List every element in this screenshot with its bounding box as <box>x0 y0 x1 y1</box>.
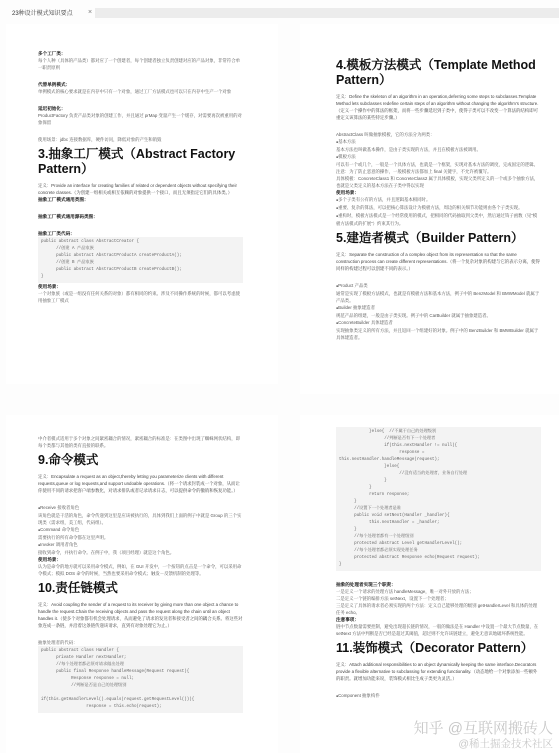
bullet-item: 模板方法 <box>336 153 541 161</box>
bullet-item: Product 产品类 <box>336 282 541 290</box>
code-block: }else{ //不属于自己的处理级别 //判断是否有下一个处理者 if(thi… <box>336 427 541 571</box>
definition-paragraph: 定义：Attach additional responsibilities to… <box>336 661 541 682</box>
paragraph: 规范产品的组建，一般是由子类实现。例子中的 CarBuilder 就属于抽象建造… <box>336 312 541 319</box>
spacer <box>38 494 243 504</box>
section-heading: 3.抽象工厂模式（Abstract Factory Pattern） <box>38 147 243 177</box>
definition-paragraph: 定义：Encapsulate a request as an object,th… <box>38 473 243 494</box>
definition-paragraph: 定义：Separate the construction of a comple… <box>336 251 541 272</box>
paragraph: 链中节点数量需要控制，避免出现超长链的情况，一般的做法是在 Handler 中设… <box>336 623 541 637</box>
subheading: 抽象的处理者实现三个职责： <box>336 581 541 588</box>
document-page-top-right: 4.模板方法模式（Template Method Pattern）定义：Defi… <box>300 24 559 394</box>
tab-title[interactable]: 23种设计模式知识要点 <box>12 8 74 17</box>
page-column: 中介者模式适用于多个对象之间紧密耦合的情况，紧密耦合的标准是：在类图中出现了蜘蛛… <box>38 435 243 713</box>
page-column: 多个工厂类：每个人种（具体的产品类）都对应了一个创建者，每个创建者独立负责创建对… <box>38 50 243 304</box>
paragraph: 通常是实现了模板方法模式，也就是有模板方法和基本方法，例子中的 BenzMode… <box>336 290 541 304</box>
document-page-bottom-right: }else{ //不属于自己的处理级别 //判断是否有下一个处理者 if(thi… <box>300 415 559 753</box>
spacer <box>38 629 243 639</box>
paragraph: 二是定义一个链的编排方法 setNext，设置下一个处理者； <box>336 595 541 602</box>
spacer <box>336 121 541 131</box>
paragraph: 该角色就是干活的角色，命令传递到这里是应该被执行的，具体到我们上面的例子中就是 … <box>38 512 243 526</box>
paragraph: 每个人种（具体的产品类）都对应了一个创建者，每个创建者独立负责创建对应的产品对象… <box>38 57 243 71</box>
spacer <box>38 203 243 213</box>
spacer <box>336 272 541 282</box>
browser-tab[interactable]: 23种设计模式知识要点 × + <box>12 5 103 19</box>
subheading: 代替单例模式： <box>38 81 243 88</box>
document-page-bottom-left: 中介者模式适用于多个对象之间紧密耦合的情况，紧密耦合的标准是：在类图中出现了蜘蛛… <box>6 415 278 753</box>
spacer <box>38 71 243 81</box>
paragraph: 三是定义了具体的请求者必须实现的两个方法：定义自己能够处理的级别 getHand… <box>336 602 541 616</box>
paragraph: ProductFactory 负责产品类对象的创建工作，并且通过 prMap 变… <box>38 112 243 126</box>
definition-paragraph: 定义：Provide an interface for creating fam… <box>38 182 243 196</box>
spacer <box>38 95 243 105</box>
bullet-item: Receive 接收者角色 <box>38 504 243 512</box>
bullet-item: Builder 抽象建造者 <box>336 304 541 312</box>
definition-paragraph: 定义：Define the skeleton of an algorithm i… <box>336 93 541 121</box>
paragraph: AbstractClass 叫做抽象模板，它的方法分为两类： <box>336 131 541 138</box>
section-heading: 4.模板方法模式（Template Method Pattern） <box>336 58 541 88</box>
paragraph: 抽象处理者的代码： <box>38 639 243 646</box>
subheading: 使用场景： <box>38 283 243 290</box>
bullet-item: 多个子类有公有的方法，并且逻辑基本相同时。 <box>336 196 541 204</box>
document-page-top-left: 多个工厂类：每个人种（具体的产品类）都对应了一个创建者，每个创建者独立负责创建对… <box>6 24 278 384</box>
spacer <box>38 126 243 136</box>
paragraph: 基本方法也叫做基本操作，是由子类实现的方法，并且在模板方法被调用。 <box>336 146 541 153</box>
code-block: public abstract class Handler { private … <box>38 646 243 713</box>
close-icon[interactable]: × <box>88 9 92 16</box>
paragraph: 单例模式的核心要求就是在内存中只有一个对象，通过工厂方法模式也可以只在内存中生产… <box>38 88 243 95</box>
bullet-item: 重要、复杂的算法，可以把核心算法设计为模板方法，周边的相关细节功能则由各个子类实… <box>336 204 541 212</box>
paragraph: 具体模板：ConcreteClass1 和 ConcreteClass2 属于具… <box>336 175 541 189</box>
subheading: 使用场景： <box>336 189 541 196</box>
bullet-item: Component 抽象构件 <box>336 692 541 700</box>
bullet-item: ConcreteBuilder 具体建造者 <box>336 319 541 327</box>
page-column: 4.模板方法模式（Template Method Pattern）定义：Defi… <box>336 54 541 341</box>
subheading: 抽象工厂类代码： <box>38 230 243 237</box>
section-heading: 5.建造者模式（Builder Pattern） <box>336 231 541 246</box>
browser-tab-bar: 23种设计模式知识要点 × + <box>0 0 559 22</box>
page-column: }else{ //不属于自己的处理级别 //判断是否有下一个处理者 if(thi… <box>336 427 541 700</box>
paragraph: 中介者模式适用于多个对象之间紧密耦合的情况，紧密耦合的标准是：在类图中出现了蜘蛛… <box>38 435 243 449</box>
bullet-item: 重构时，模板方法模式是一个经常使用的模式，把相同的代码抽取到父类中，然后通过钩子… <box>336 212 541 227</box>
definition-paragraph: 定义：Avoid coupling the sender of a reques… <box>38 601 243 629</box>
section-heading: 11.装饰模式（Decorator Pattern） <box>336 641 541 656</box>
tab-strip <box>95 8 559 18</box>
spacer <box>38 220 243 230</box>
paragraph: 接收到命令，并执行命令。在例子中，我（项目经理）就是这个角色。 <box>38 549 243 556</box>
section-heading: 9.命令模式 <box>38 453 243 468</box>
spacer <box>336 682 541 692</box>
paragraph: 实现抽象类定义的所有方法，并且返回一个组建好的对象。例子中的 BenzBuild… <box>336 327 541 341</box>
section-heading: 10.责任链模式 <box>38 581 243 596</box>
subheading: 抽象工厂模式通用源码类图： <box>38 213 243 220</box>
bullet-item: 基本方法 <box>336 138 541 146</box>
paragraph: 可以有一个或几个，一般是一个具体方法，也就是一个框架，实现对基本方法的调度，完成… <box>336 161 541 168</box>
code-block: public abstract class AbstractCreator { … <box>38 237 243 283</box>
paragraph: 一是定义一个请求的处理方法 handleMessage，唯一对外开放的方法； <box>336 588 541 595</box>
subheading: 多个工厂类： <box>38 50 243 57</box>
subheading: 抽象工厂模式通用类图： <box>38 196 243 203</box>
paragraph: 使用场景：jdbc 连接数据库，硬件访问，降低对象的产生和销毁 <box>38 136 243 143</box>
spacer <box>336 571 541 581</box>
subheading: 注意事项： <box>336 616 541 623</box>
paragraph: 需要执行的所有命令都在这里声明。 <box>38 534 243 541</box>
bullet-item: Invoker 调用者角色 <box>38 541 243 549</box>
paragraph: 一个对象族（或是一组没有任何关系的对象）都有相同的约束。涉及不同操作系统的时候，… <box>38 290 243 304</box>
subheading: 使用场景： <box>38 556 243 563</box>
bullet-item: Command 命令角色 <box>38 526 243 534</box>
subheading: 延迟初始化： <box>38 105 243 112</box>
paragraph: 认为是命令的地方就可以采用命令模式，例如，在 GUI 开发中，一个按钮的点击是一… <box>38 563 243 577</box>
paragraph: 注意：为了防止恶意的操作，一般模板方法都加上 final 关键字，不允许被覆写。 <box>336 168 541 175</box>
